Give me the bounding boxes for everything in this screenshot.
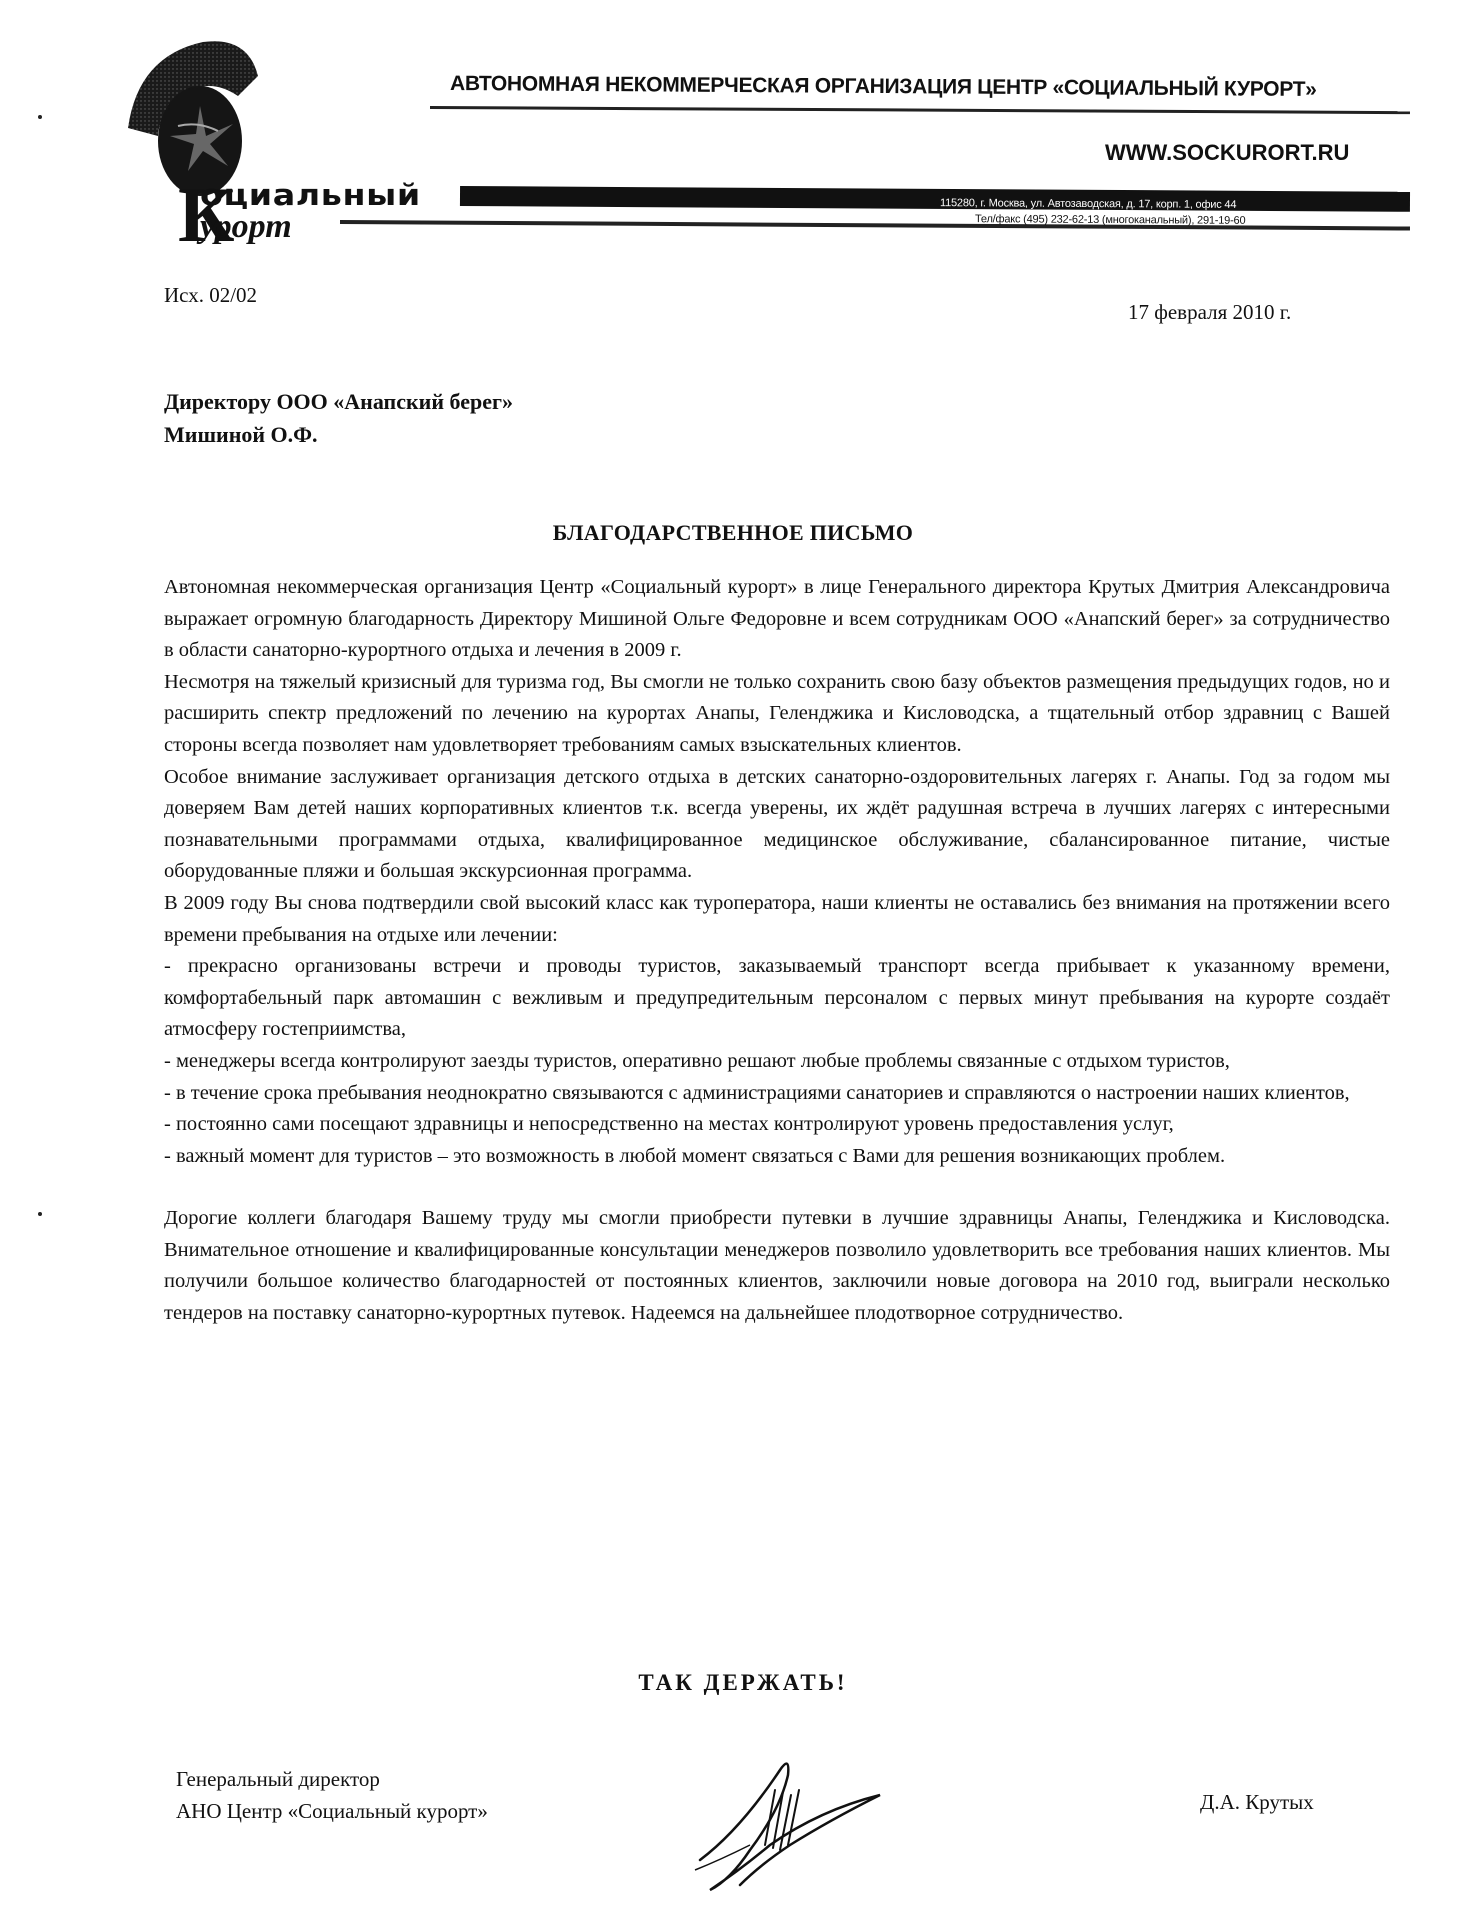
logo-word-resort: урорт <box>200 208 292 246</box>
header-bar <box>460 186 1410 212</box>
bullet-item: - важный момент для туристов – это возмо… <box>164 1141 1390 1173</box>
bullet-item: - менеджеры всегда контролируют заезды т… <box>164 1046 1390 1078</box>
letter-body: Автономная некоммерческая организация Це… <box>164 572 1390 1330</box>
outgoing-number: Исх. 02/02 <box>164 283 257 308</box>
bullet-item: - постоянно сами посещают здравницы и не… <box>164 1109 1390 1141</box>
header-rule <box>430 106 1410 114</box>
signatory-position: Генеральный директор АНО Центр «Социальн… <box>176 1763 488 1827</box>
letter-date: 17 февраля 2010 г. <box>1128 300 1291 325</box>
recipient-line-1: Директору ООО «Анапский берег» <box>164 385 513 418</box>
scan-speck <box>38 115 42 119</box>
document-title: БЛАГОДАРСТВЕННОЕ ПИСЬМО <box>0 520 1466 546</box>
paragraph: В 2009 году Вы снова подтвердили свой вы… <box>164 888 1390 951</box>
position-line-2: АНО Центр «Социальный курорт» <box>176 1795 488 1827</box>
position-line-1: Генеральный директор <box>176 1763 488 1795</box>
logo-word-social: оциальный <box>200 178 421 212</box>
website-link[interactable]: WWW.SOCKURORT.RU <box>1105 140 1349 166</box>
handwritten-signature-icon <box>680 1750 940 1905</box>
paragraph: Автономная некоммерческая организация Це… <box>164 572 1390 667</box>
recipient-block: Директору ООО «Анапский берег» Мишиной О… <box>164 385 513 451</box>
scan-speck <box>38 1212 42 1216</box>
organization-title: АВТОНОМНАЯ НЕКОММЕРЧЕСКАЯ ОРГАНИЗАЦИЯ ЦЕ… <box>450 72 1317 102</box>
closing-phrase: ТАК ДЕРЖАТЬ! <box>0 1670 1466 1696</box>
paragraph: Несмотря на тяжелый кризисный для туризм… <box>164 667 1390 762</box>
company-address: 115280, г. Москва, ул. Автозаводская, д.… <box>940 197 1236 211</box>
company-phones: Тел/факс (495) 232-62-13 (многоканальный… <box>975 213 1245 227</box>
paragraph: Особое внимание заслуживает организация … <box>164 762 1390 888</box>
bullet-item: - в течение срока пребывания неоднократн… <box>164 1078 1390 1110</box>
header-underline <box>340 220 1410 231</box>
recipient-line-2: Мишиной О.Ф. <box>164 418 513 451</box>
company-logo: К оциальный урорт <box>128 36 368 236</box>
spacer <box>164 1172 1390 1203</box>
bullet-item: - прекрасно организованы встречи и прово… <box>164 951 1390 1046</box>
signer-name: Д.А. Крутых <box>1200 1790 1314 1815</box>
final-paragraph: Дорогие коллеги благодаря Вашему труду м… <box>164 1203 1390 1329</box>
